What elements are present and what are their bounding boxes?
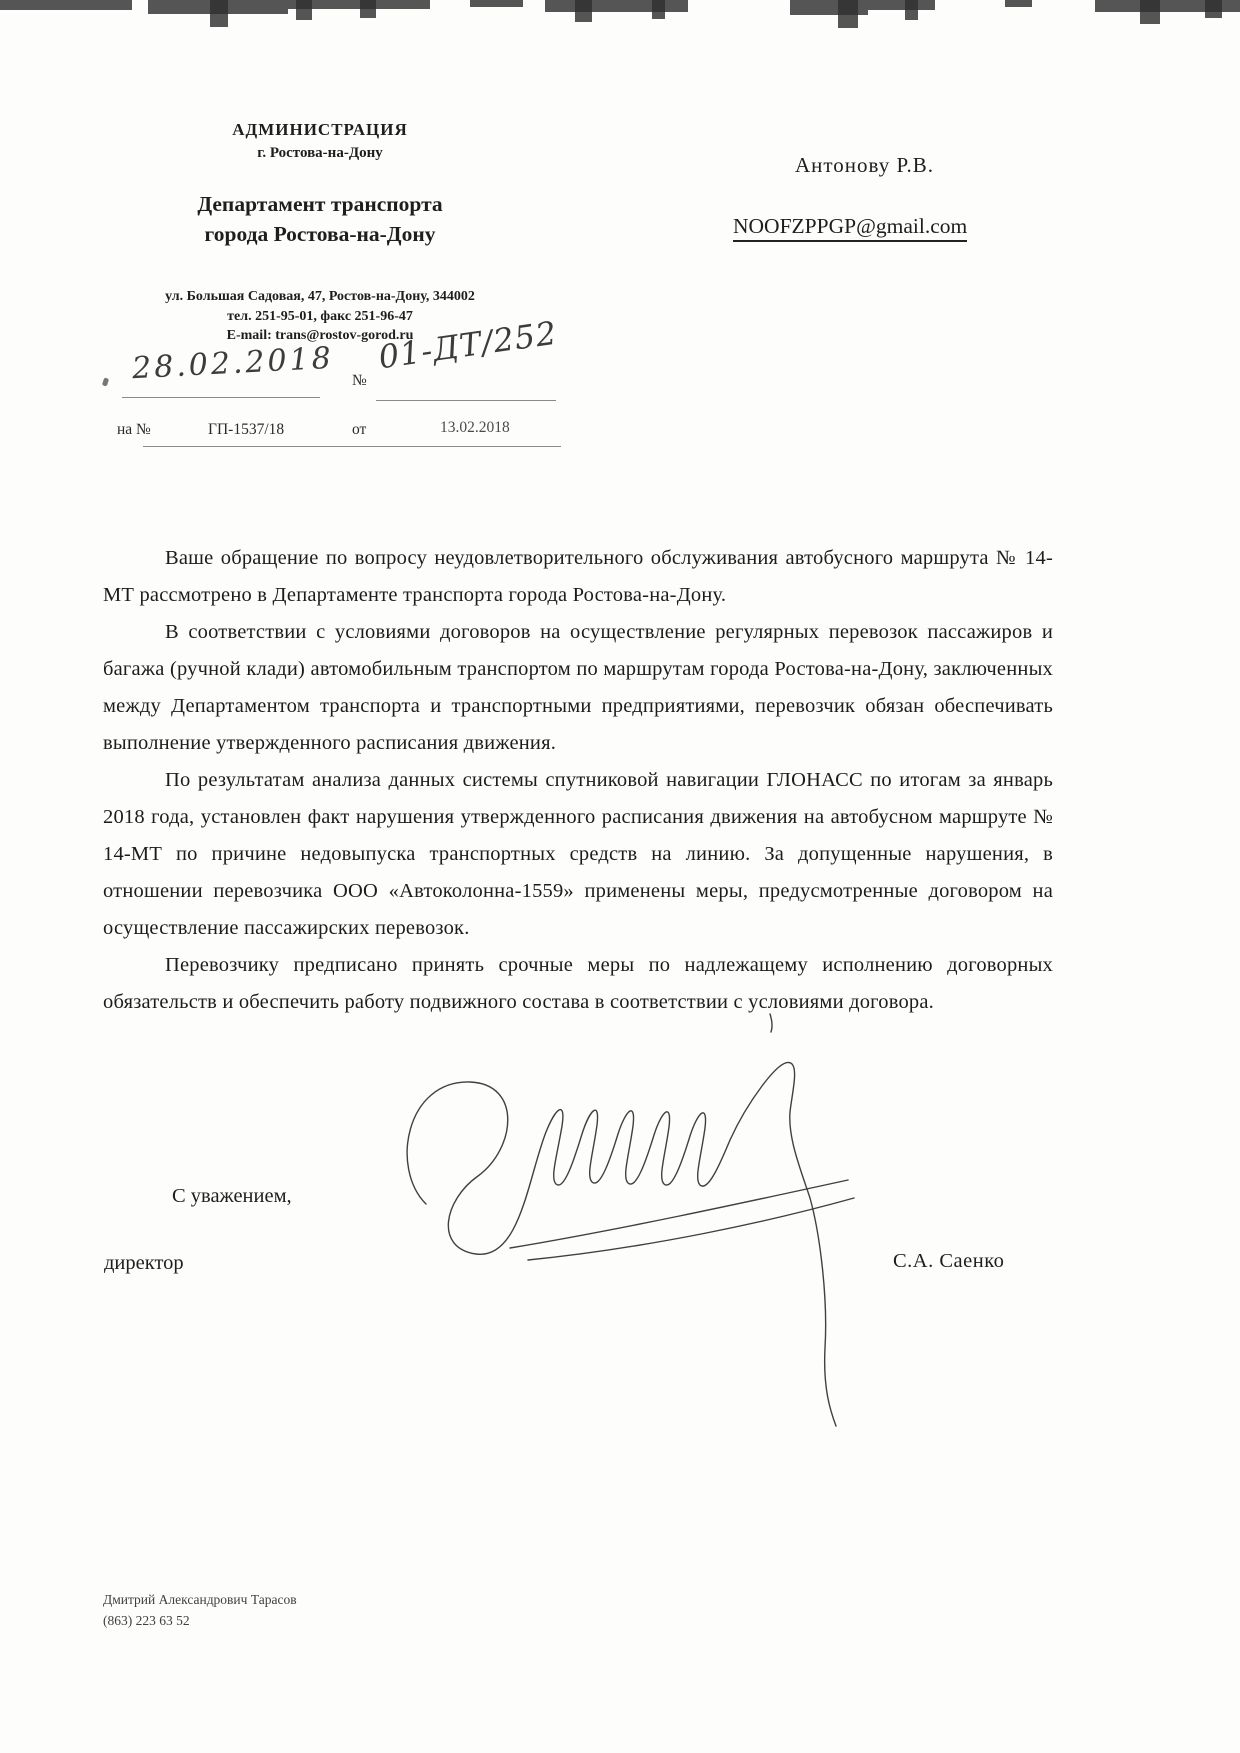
date-underline bbox=[122, 397, 320, 398]
reply-prefix: на № bbox=[117, 421, 151, 439]
signature bbox=[378, 1008, 868, 1438]
scanned-letter-page: АДМИНИСТРАЦИЯ г. Ростова-на-Дону Департа… bbox=[0, 0, 1240, 1753]
number-underline bbox=[376, 400, 556, 401]
paragraph-1: Ваше обращение по вопросу неудовлетворит… bbox=[103, 540, 1053, 614]
letterhead-org-city: г. Ростова-на-Дону bbox=[110, 145, 530, 162]
paragraph-2: В соответствии с условиями договоров на … bbox=[103, 614, 1053, 762]
letterhead-dept-line1: Департамент транспорта bbox=[110, 192, 530, 217]
reply-line-underline bbox=[143, 446, 561, 447]
reply-date: 13.02.2018 bbox=[440, 419, 510, 437]
paragraph-3: По результатам анализа данных системы сп… bbox=[103, 762, 1053, 947]
letterhead-org-name: АДМИНИСТРАЦИЯ bbox=[110, 120, 530, 140]
outgoing-date-handwritten: 28.02.2018 bbox=[131, 341, 334, 387]
signer-position: директор bbox=[104, 1252, 184, 1275]
recipient-name: Антонову Р.В. bbox=[795, 153, 934, 178]
number-sign: № bbox=[352, 372, 367, 390]
letter-body: Ваше обращение по вопросу неудовлетворит… bbox=[103, 540, 1053, 1021]
signer-name: С.А. Саенко bbox=[893, 1250, 1004, 1273]
salutation: С уважением, bbox=[172, 1185, 292, 1208]
reply-number: ГП-1537/18 bbox=[208, 421, 284, 439]
reply-from-label: от bbox=[352, 421, 366, 439]
recipient-email: NOOFZPPGP@gmail.com bbox=[733, 214, 967, 242]
executor-name: Дмитрий Александрович Тарасов bbox=[103, 1592, 297, 1608]
letterhead-dept-line2: города Ростова-на-Дону bbox=[110, 222, 530, 247]
letterhead-address: ул. Большая Садовая, 47, Ростов-на-Дону,… bbox=[110, 289, 530, 305]
stray-pen-mark bbox=[102, 377, 109, 386]
executor-phone: (863) 223 63 52 bbox=[103, 1613, 190, 1629]
letterhead-phone: тел. 251-95-01, факс 251-96-47 bbox=[110, 309, 530, 325]
